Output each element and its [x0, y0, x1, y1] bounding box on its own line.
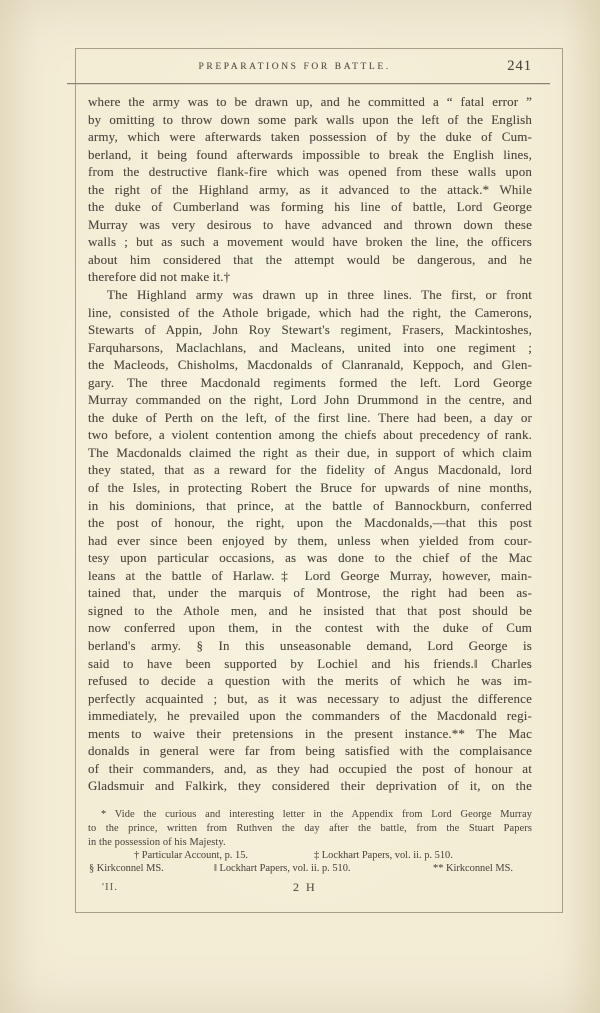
gathering-signature: 2 H: [293, 880, 317, 895]
footnote-kirkconnel-ms-2: ** Kirkconnel MS.: [433, 863, 513, 874]
text-line: The Highland army was drawn up in three …: [88, 286, 532, 304]
footnote-vide-letter: * Vide the curious and interesting lette…: [88, 808, 532, 850]
text-line: two before, a violent contention among t…: [88, 426, 532, 444]
body-text: where the army was to be drawn up, and h…: [88, 93, 532, 795]
signature-row: 'II. 2 H: [88, 881, 532, 897]
text-line: walls ; but as such a movement would hav…: [88, 233, 532, 251]
running-header: PREPARATIONS FOR BATTLE. 241: [88, 49, 532, 83]
text-line: now conferred upon them, in the contest …: [88, 619, 532, 637]
text-line: Farquharsons, Maclachlans, and Macleans,…: [88, 339, 532, 357]
text-line: in his dominions, that prince, at the ba…: [88, 497, 532, 515]
text-line: refused to decide a question with the me…: [88, 672, 532, 690]
text-line: army, which were afterwards taken posses…: [88, 128, 532, 146]
text-line: the duke of Perth on the left, of the fi…: [88, 409, 532, 427]
paragraph-continuation: where the army was to be drawn up, and h…: [88, 93, 532, 286]
text-line: ments to waive their pretensions in the …: [88, 725, 532, 743]
text-line: leans at the battle of Harlaw.‡ Lord Geo…: [88, 567, 532, 585]
footnote-lockhart-papers-2: ‖ Lockhart Papers, vol. ii. p. 510.: [214, 863, 351, 874]
text-line: by omitting to throw down some park wall…: [88, 111, 532, 129]
text-line: said to have been supported by Lochiel a…: [88, 655, 532, 673]
text-line: tained that, under the marquis of Montro…: [88, 584, 532, 602]
running-header-title: PREPARATIONS FOR BATTLE.: [199, 62, 391, 72]
text-line: Murray commanded on the right, Lord John…: [88, 391, 532, 409]
text-line: of the Isles, in protecting Robert the B…: [88, 479, 532, 497]
text-line: line, consisted of the Athole brigade, w…: [88, 304, 532, 322]
footnote-particular-account: † Particular Account, p. 15.: [134, 850, 248, 861]
footnote-kirkconnel-ms-1: § Kirkconnel MS.: [89, 863, 164, 874]
footnote-lockhart-papers-1: ‡ Lockhart Papers, vol. ii. p. 510.: [314, 850, 453, 861]
book-page: PREPARATIONS FOR BATTLE. 241 where the a…: [75, 48, 563, 913]
text-line: The Macdonalds claimed the right as thei…: [88, 444, 532, 462]
text-line: they stated, that as a reward for the fi…: [88, 461, 532, 479]
text-line: to the prince, written from Ruthven the …: [88, 822, 532, 836]
text-line: from the destructive flank-fire which wa…: [88, 163, 532, 181]
header-rule: [67, 83, 550, 84]
text-line: the post of honour, the right, upon the …: [88, 514, 532, 532]
text-line: had ever since been enjoyed by them, unl…: [88, 532, 532, 550]
text-line: therefore did not make it.†: [88, 268, 532, 286]
text-line: perfectly acquainted ; but, as it was ne…: [88, 690, 532, 708]
page-number: 241: [507, 58, 532, 75]
text-line: berland's army. § In this unseasonable d…: [88, 637, 532, 655]
text-line: Gladsmuir and Falkirk, they considered t…: [88, 777, 532, 795]
text-line: where the army was to be drawn up, and h…: [88, 93, 532, 111]
text-line: the duke of Cumberland was forming his l…: [88, 198, 532, 216]
volume-signature: 'II.: [102, 881, 118, 893]
text-line: immediately, he prevailed upon the comma…: [88, 707, 532, 725]
footnote-row-section: § Kirkconnel MS. ‖ Lockhart Papers, vol.…: [88, 863, 532, 877]
text-line: about him considered that the attempt wo…: [88, 251, 532, 269]
text-line: * Vide the curious and interesting lette…: [88, 808, 532, 822]
text-line: signed to the Athole men, and he insiste…: [88, 602, 532, 620]
text-line: gary. The three Macdonald regiments form…: [88, 374, 532, 392]
text-line: tesy upon particular occasions, as was d…: [88, 549, 532, 567]
footnotes-block: * Vide the curious and interesting lette…: [88, 808, 532, 878]
text-line: Stewarts of Appin, John Roy Stewart's re…: [88, 321, 532, 339]
text-line: berland, it being found afterwards impos…: [88, 146, 532, 164]
paragraph-highland-army: The Highland army was drawn up in three …: [88, 286, 532, 795]
text-line: Murray was very desirous to have advance…: [88, 216, 532, 234]
footnote-row-dagger: † Particular Account, p. 15. ‡ Lockhart …: [88, 850, 532, 864]
text-line: in the possession of his Majesty.: [88, 836, 532, 850]
text-line: donalds in general were far from being s…: [88, 742, 532, 760]
text-line: of their commanders, and, as they had oc…: [88, 760, 532, 778]
text-line: the right of the Highland army, as it ad…: [88, 181, 532, 199]
text-line: the Macleods, Chisholms, Macdonalds of C…: [88, 356, 532, 374]
